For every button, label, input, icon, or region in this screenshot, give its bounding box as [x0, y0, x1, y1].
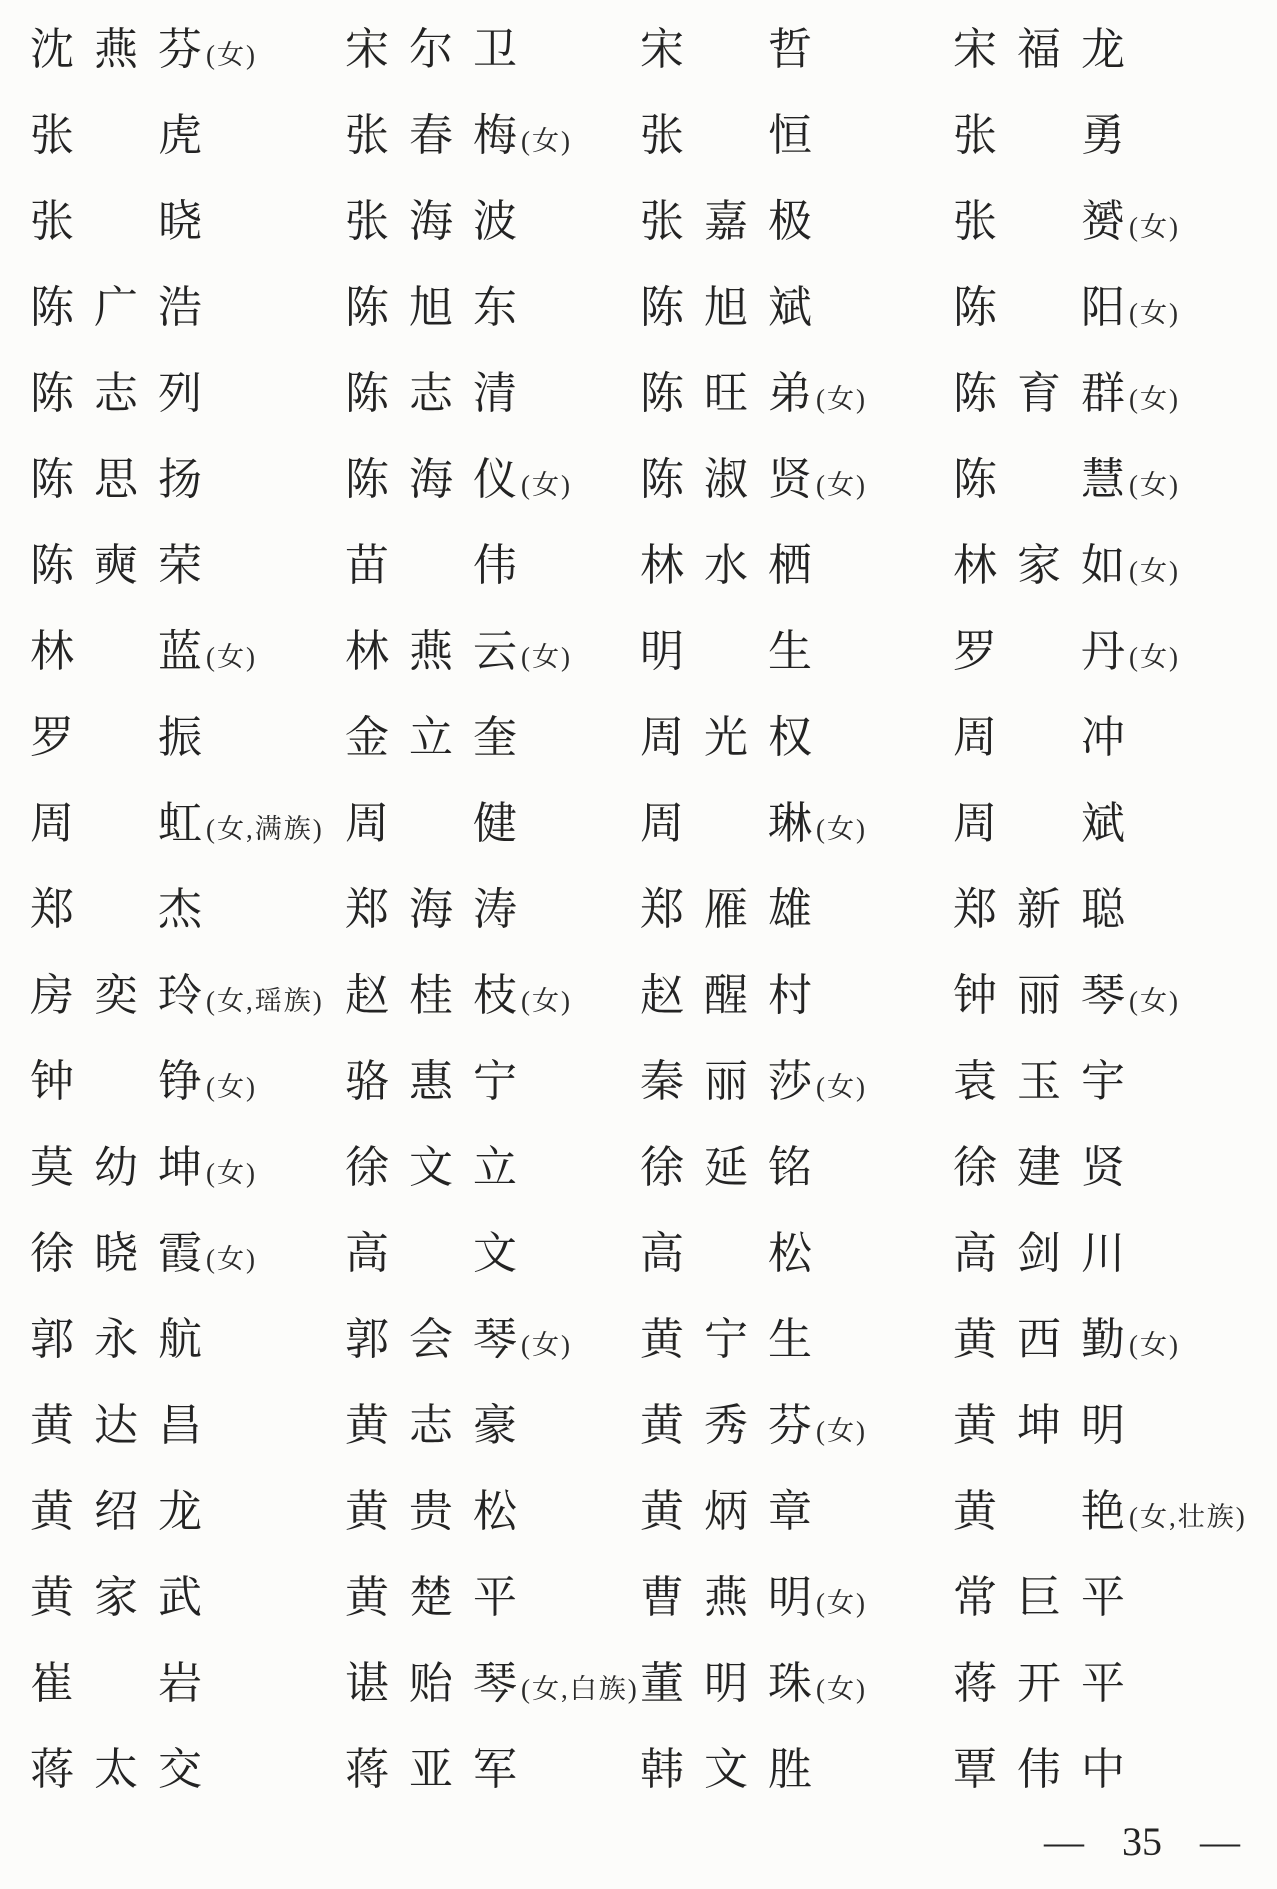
name-char: 胜 — [768, 1746, 812, 1794]
name-char: 坤 — [158, 1144, 202, 1192]
name-char: 罗 — [953, 628, 997, 676]
name-cell: 林燕云(女) — [345, 610, 640, 696]
name-char: 陈 — [640, 284, 684, 332]
name-char: 旭 — [409, 284, 453, 332]
gender-ethnic-note: (女) — [521, 463, 572, 502]
name-cell: 周健 — [345, 782, 640, 868]
name-char: 黄 — [30, 1574, 74, 1622]
name-char: 琴 — [1081, 972, 1125, 1020]
person-name: 苗伟 — [345, 542, 517, 590]
name-cell: 陈慧(女) — [953, 438, 1247, 524]
person-name: 黄家武 — [30, 1574, 202, 1622]
name-cell: 袁玉宇 — [953, 1040, 1247, 1126]
name-char: 生 — [768, 628, 812, 676]
name-char: 蒋 — [30, 1746, 74, 1794]
name-char: 高 — [345, 1230, 389, 1278]
name-cell: 周虹(女,满族) — [30, 782, 345, 868]
name-char: 张 — [30, 198, 74, 246]
person-name: 张晓 — [30, 198, 202, 246]
name-char: 松 — [473, 1488, 517, 1536]
document-page: 沈燕芬(女)宋尔卫宋哲宋福龙张虎张春梅(女)张恒张勇张晓张海波张嘉极张赟(女)陈… — [0, 0, 1277, 1889]
name-char: 福 — [1017, 26, 1061, 74]
name-cell: 常巨平 — [953, 1556, 1247, 1642]
name-char: 陈 — [640, 370, 684, 418]
name-char: 梅 — [473, 112, 517, 160]
name-char: 坤 — [1017, 1402, 1061, 1450]
name-cell: 房奕玲(女,瑶族) — [30, 954, 345, 1040]
name-cell: 张春梅(女) — [345, 94, 640, 180]
person-name: 赵桂枝 — [345, 972, 517, 1020]
name-char: 陈 — [30, 542, 74, 590]
name-row: 郭永航郭会琴(女)黄宁生黄西勤(女) — [30, 1298, 1247, 1384]
name-cell: 罗振 — [30, 696, 345, 782]
name-cell: 林水栖 — [640, 524, 953, 610]
gender-ethnic-note: (女) — [816, 1667, 867, 1706]
name-char: 绍 — [94, 1488, 138, 1536]
name-char: 宇 — [1081, 1058, 1125, 1106]
name-char: 郑 — [640, 886, 684, 934]
name-char: 周 — [953, 714, 997, 762]
name-char: 雄 — [768, 886, 812, 934]
name-char: 文 — [473, 1230, 517, 1278]
person-name: 周健 — [345, 800, 517, 848]
name-char: 醒 — [704, 972, 748, 1020]
name-char: 玲 — [158, 972, 202, 1020]
name-char: 张 — [640, 112, 684, 160]
name-char: 荣 — [158, 542, 202, 590]
person-name: 高松 — [640, 1230, 812, 1278]
gender-ethnic-note: (女) — [816, 377, 867, 416]
name-char: 黄 — [953, 1316, 997, 1364]
name-char: 黄 — [953, 1402, 997, 1450]
person-name: 钟丽琴 — [953, 972, 1125, 1020]
name-char: 莎 — [768, 1058, 812, 1106]
person-name: 董明珠 — [640, 1660, 812, 1708]
name-cell: 陈旺弟(女) — [640, 352, 953, 438]
name-row: 陈思扬陈海仪(女)陈淑贤(女)陈慧(女) — [30, 438, 1247, 524]
person-name: 陈旭斌 — [640, 284, 812, 332]
name-char: 铭 — [768, 1144, 812, 1192]
person-name: 郑海涛 — [345, 886, 517, 934]
name-cell: 崔岩 — [30, 1642, 345, 1728]
person-name: 黄志豪 — [345, 1402, 517, 1450]
person-name: 张春梅 — [345, 112, 517, 160]
name-char: 周 — [30, 800, 74, 848]
name-char: 郑 — [345, 886, 389, 934]
name-char: 琳 — [768, 800, 812, 848]
name-char: 陈 — [30, 456, 74, 504]
name-cell: 陈奭荣 — [30, 524, 345, 610]
person-name: 蒋亚军 — [345, 1746, 517, 1794]
person-name: 徐延铭 — [640, 1144, 812, 1192]
name-char: 霞 — [158, 1230, 202, 1278]
name-char: 陈 — [345, 456, 389, 504]
person-name: 黄坤明 — [953, 1402, 1125, 1450]
name-char: 明 — [1081, 1402, 1125, 1450]
name-char: 周 — [640, 800, 684, 848]
name-char: 旭 — [704, 284, 748, 332]
person-name: 林燕云 — [345, 628, 517, 676]
name-cell: 张虎 — [30, 94, 345, 180]
name-char: 家 — [94, 1574, 138, 1622]
name-cell: 徐延铭 — [640, 1126, 953, 1212]
name-char: 晓 — [94, 1230, 138, 1278]
gender-ethnic-note: (女) — [521, 1323, 572, 1362]
name-char: 崔 — [30, 1660, 74, 1708]
name-row: 崔岩谌贻琴(女,白族)董明珠(女)蒋开平 — [30, 1642, 1247, 1728]
gender-ethnic-note: (女) — [816, 1581, 867, 1620]
name-char: 斌 — [1081, 800, 1125, 848]
person-name: 袁玉宇 — [953, 1058, 1125, 1106]
name-char: 虎 — [158, 112, 202, 160]
name-char: 伟 — [473, 542, 517, 590]
name-cell: 陈阳(女) — [953, 266, 1247, 352]
name-char: 奕 — [94, 972, 138, 1020]
name-char: 陈 — [953, 456, 997, 504]
person-name: 罗振 — [30, 714, 202, 762]
person-name: 陈广浩 — [30, 284, 202, 332]
person-name: 陈旭东 — [345, 284, 517, 332]
name-cell: 郭会琴(女) — [345, 1298, 640, 1384]
name-char: 虹 — [158, 800, 202, 848]
name-cell: 张赟(女) — [953, 180, 1247, 266]
name-cell: 林家如(女) — [953, 524, 1247, 610]
person-name: 罗丹 — [953, 628, 1125, 676]
name-char: 尔 — [409, 26, 453, 74]
name-cell: 郑新聪 — [953, 868, 1247, 954]
name-char: 极 — [768, 198, 812, 246]
name-char: 曹 — [640, 1574, 684, 1622]
name-char: 韩 — [640, 1746, 684, 1794]
person-name: 陈奭荣 — [30, 542, 202, 590]
person-name: 明生 — [640, 628, 812, 676]
name-char: 西 — [1017, 1316, 1061, 1364]
name-row: 陈奭荣苗伟林水栖林家如(女) — [30, 524, 1247, 610]
name-char: 芬 — [158, 26, 202, 74]
name-char: 秀 — [704, 1402, 748, 1450]
name-row: 陈志列陈志清陈旺弟(女)陈育群(女) — [30, 352, 1247, 438]
name-cell: 沈燕芬(女) — [30, 8, 345, 94]
name-char: 村 — [768, 972, 812, 1020]
name-cell: 覃伟中 — [953, 1728, 1247, 1814]
gender-ethnic-note: (女) — [816, 1409, 867, 1448]
name-cell: 黄贵松 — [345, 1470, 640, 1556]
name-char: 郭 — [30, 1316, 74, 1364]
name-char: 张 — [30, 112, 74, 160]
name-char: 玉 — [1017, 1058, 1061, 1106]
name-char: 铮 — [158, 1058, 202, 1106]
name-char: 宁 — [473, 1058, 517, 1106]
name-char: 广 — [94, 284, 138, 332]
name-char: 贤 — [1081, 1144, 1125, 1192]
name-cell: 张海波 — [345, 180, 640, 266]
name-cell: 骆惠宁 — [345, 1040, 640, 1126]
name-cell: 陈海仪(女) — [345, 438, 640, 524]
name-char: 东 — [473, 284, 517, 332]
person-name: 林家如 — [953, 542, 1125, 590]
name-cell: 黄达昌 — [30, 1384, 345, 1470]
name-row: 罗振金立奎周光权周冲 — [30, 696, 1247, 782]
name-char: 赵 — [640, 972, 684, 1020]
name-cell: 林蓝(女) — [30, 610, 345, 696]
name-row: 黄绍龙黄贵松黄炳章黄艳(女,壮族) — [30, 1470, 1247, 1556]
person-name: 陈育群 — [953, 370, 1125, 418]
name-row: 周虹(女,满族)周健周琳(女)周斌 — [30, 782, 1247, 868]
name-char: 仪 — [473, 456, 517, 504]
name-char: 宋 — [345, 26, 389, 74]
person-name: 黄楚平 — [345, 1574, 517, 1622]
name-char: 立 — [473, 1144, 517, 1192]
name-row: 沈燕芬(女)宋尔卫宋哲宋福龙 — [30, 8, 1247, 94]
person-name: 郑杰 — [30, 886, 202, 934]
name-char: 慧 — [1081, 456, 1125, 504]
name-char: 波 — [473, 198, 517, 246]
gender-ethnic-note: (女) — [816, 807, 867, 846]
name-cell: 钟铮(女) — [30, 1040, 345, 1126]
person-name: 高剑川 — [953, 1230, 1125, 1278]
name-cell: 郑雁雄 — [640, 868, 953, 954]
name-char: 陈 — [953, 284, 997, 332]
name-char: 琴 — [473, 1660, 517, 1708]
name-char: 延 — [704, 1144, 748, 1192]
name-cell: 陈淑贤(女) — [640, 438, 953, 524]
name-char: 林 — [640, 542, 684, 590]
name-cell: 明生 — [640, 610, 953, 696]
name-char: 昌 — [158, 1402, 202, 1450]
name-char: 贵 — [409, 1488, 453, 1536]
name-cell: 曹燕明(女) — [640, 1556, 953, 1642]
name-char: 奭 — [94, 542, 138, 590]
gender-ethnic-note: (女) — [1129, 291, 1180, 330]
name-char: 航 — [158, 1316, 202, 1364]
person-name: 黄炳章 — [640, 1488, 812, 1536]
name-char: 董 — [640, 1660, 684, 1708]
name-char: 海 — [409, 456, 453, 504]
gender-ethnic-note: (女) — [816, 463, 867, 502]
gender-ethnic-note: (女) — [206, 33, 257, 72]
name-cell: 赵桂枝(女) — [345, 954, 640, 1040]
name-char: 贤 — [768, 456, 812, 504]
name-char: 开 — [1017, 1660, 1061, 1708]
name-char: 卫 — [473, 26, 517, 74]
name-char: 平 — [1081, 1574, 1125, 1622]
name-cell: 周琳(女) — [640, 782, 953, 868]
person-name: 黄宁生 — [640, 1316, 812, 1364]
name-char: 陈 — [345, 284, 389, 332]
name-char: 高 — [953, 1230, 997, 1278]
name-char: 蒋 — [345, 1746, 389, 1794]
name-char: 林 — [953, 542, 997, 590]
name-cell: 黄志豪 — [345, 1384, 640, 1470]
name-char: 桂 — [409, 972, 453, 1020]
person-name: 陈阳 — [953, 284, 1125, 332]
name-char: 沈 — [30, 26, 74, 74]
name-cell: 陈志清 — [345, 352, 640, 438]
name-row: 陈广浩陈旭东陈旭斌陈阳(女) — [30, 266, 1247, 352]
name-char: 列 — [158, 370, 202, 418]
name-char: 郑 — [30, 886, 74, 934]
name-char: 陈 — [30, 370, 74, 418]
gender-ethnic-note: (女,白族) — [521, 1667, 639, 1706]
gender-ethnic-note: (女) — [206, 1065, 257, 1104]
name-char: 岩 — [158, 1660, 202, 1708]
name-cell: 陈旭斌 — [640, 266, 953, 352]
person-name: 覃伟中 — [953, 1746, 1125, 1794]
name-cell: 陈志列 — [30, 352, 345, 438]
person-name: 宋尔卫 — [345, 26, 517, 74]
name-char: 文 — [409, 1144, 453, 1192]
name-char: 海 — [409, 886, 453, 934]
name-cell: 陈育群(女) — [953, 352, 1247, 438]
name-cell: 陈思扬 — [30, 438, 345, 524]
name-char: 常 — [953, 1574, 997, 1622]
person-name: 周斌 — [953, 800, 1125, 848]
name-char: 陈 — [30, 284, 74, 332]
person-name: 蒋太交 — [30, 1746, 202, 1794]
person-name: 张恒 — [640, 112, 812, 160]
person-name: 陈思扬 — [30, 456, 202, 504]
name-char: 勤 — [1081, 1316, 1125, 1364]
person-name: 郑雁雄 — [640, 886, 812, 934]
name-char: 张 — [953, 112, 997, 160]
name-cell: 高文 — [345, 1212, 640, 1298]
gender-ethnic-note: (女) — [816, 1065, 867, 1104]
name-cell: 黄西勤(女) — [953, 1298, 1247, 1384]
name-char: 徐 — [345, 1144, 389, 1192]
name-char: 立 — [409, 714, 453, 762]
name-char: 周 — [640, 714, 684, 762]
name-char: 旺 — [704, 370, 748, 418]
name-cell: 韩文胜 — [640, 1728, 953, 1814]
name-cell: 徐文立 — [345, 1126, 640, 1212]
name-char: 晓 — [158, 198, 202, 246]
name-char: 冲 — [1081, 714, 1125, 762]
person-name: 韩文胜 — [640, 1746, 812, 1794]
name-char: 枝 — [473, 972, 517, 1020]
name-char: 黄 — [953, 1488, 997, 1536]
name-char: 燕 — [704, 1574, 748, 1622]
person-name: 张虎 — [30, 112, 202, 160]
name-char: 云 — [473, 628, 517, 676]
name-char: 惠 — [409, 1058, 453, 1106]
name-char: 平 — [473, 1574, 517, 1622]
name-char: 芬 — [768, 1402, 812, 1450]
person-name: 张海波 — [345, 198, 517, 246]
name-cell: 蒋太交 — [30, 1728, 345, 1814]
person-name: 黄西勤 — [953, 1316, 1125, 1364]
name-char: 琴 — [473, 1316, 517, 1364]
name-cell: 张勇 — [953, 94, 1247, 180]
name-char: 苗 — [345, 542, 389, 590]
person-name: 陈旺弟 — [640, 370, 812, 418]
name-char: 平 — [1081, 1660, 1125, 1708]
name-char: 弟 — [768, 370, 812, 418]
name-char: 珠 — [768, 1660, 812, 1708]
name-cell: 蒋开平 — [953, 1642, 1247, 1728]
name-char: 健 — [473, 800, 517, 848]
name-char: 龙 — [158, 1488, 202, 1536]
name-char: 海 — [409, 198, 453, 246]
name-cell: 徐晓霞(女) — [30, 1212, 345, 1298]
person-name: 陈志清 — [345, 370, 517, 418]
name-char: 剑 — [1017, 1230, 1061, 1278]
name-cell: 郑海涛 — [345, 868, 640, 954]
name-char: 陈 — [345, 370, 389, 418]
name-char: 明 — [768, 1574, 812, 1622]
name-cell: 金立奎 — [345, 696, 640, 782]
name-char: 哲 — [768, 26, 812, 74]
name-char: 炳 — [704, 1488, 748, 1536]
name-cell: 郭永航 — [30, 1298, 345, 1384]
person-name: 谌贻琴 — [345, 1660, 517, 1708]
person-name: 黄达昌 — [30, 1402, 202, 1450]
name-char: 永 — [94, 1316, 138, 1364]
name-char: 恒 — [768, 112, 812, 160]
name-char: 谌 — [345, 1660, 389, 1708]
name-char: 军 — [473, 1746, 517, 1794]
name-cell: 张晓 — [30, 180, 345, 266]
name-cell: 蒋亚军 — [345, 1728, 640, 1814]
name-char: 黄 — [30, 1488, 74, 1536]
name-cell: 赵醒村 — [640, 954, 953, 1040]
person-name: 张嘉极 — [640, 198, 812, 246]
person-name: 黄艳 — [953, 1488, 1125, 1536]
name-char: 会 — [409, 1316, 453, 1364]
person-name: 常巨平 — [953, 1574, 1125, 1622]
name-char: 育 — [1017, 370, 1061, 418]
page-number: — 35 — — [1044, 1818, 1240, 1865]
name-char: 幼 — [94, 1144, 138, 1192]
name-cell: 高剑川 — [953, 1212, 1247, 1298]
name-row: 张虎张春梅(女)张恒张勇 — [30, 94, 1247, 180]
name-char: 徐 — [640, 1144, 684, 1192]
name-cell: 周斌 — [953, 782, 1247, 868]
name-char: 蒋 — [953, 1660, 997, 1708]
name-cell: 陈旭东 — [345, 266, 640, 352]
name-char: 章 — [768, 1488, 812, 1536]
gender-ethnic-note: (女) — [1129, 549, 1180, 588]
name-char: 黄 — [640, 1316, 684, 1364]
name-cell: 高松 — [640, 1212, 953, 1298]
person-name: 张勇 — [953, 112, 1125, 160]
name-row: 郑杰郑海涛郑雁雄郑新聪 — [30, 868, 1247, 954]
name-char: 明 — [640, 628, 684, 676]
person-name: 黄贵松 — [345, 1488, 517, 1536]
person-name: 赵醒村 — [640, 972, 812, 1020]
name-char: 清 — [473, 370, 517, 418]
name-char: 龙 — [1081, 26, 1125, 74]
name-char: 文 — [704, 1746, 748, 1794]
name-char: 水 — [704, 542, 748, 590]
name-char: 豪 — [473, 1402, 517, 1450]
gender-ethnic-note: (女) — [1129, 377, 1180, 416]
name-char: 贻 — [409, 1660, 453, 1708]
name-cell: 徐建贤 — [953, 1126, 1247, 1212]
name-char: 权 — [768, 714, 812, 762]
gender-ethnic-note: (女) — [521, 635, 572, 674]
name-char: 振 — [158, 714, 202, 762]
name-cell: 宋福龙 — [953, 8, 1247, 94]
name-char: 思 — [94, 456, 138, 504]
person-name: 骆惠宁 — [345, 1058, 517, 1106]
name-char: 聪 — [1081, 886, 1125, 934]
gender-ethnic-note: (女) — [1129, 635, 1180, 674]
name-char: 杰 — [158, 886, 202, 934]
name-char: 扬 — [158, 456, 202, 504]
person-name: 曹燕明 — [640, 1574, 812, 1622]
person-name: 钟铮 — [30, 1058, 202, 1106]
name-char: 林 — [345, 628, 389, 676]
